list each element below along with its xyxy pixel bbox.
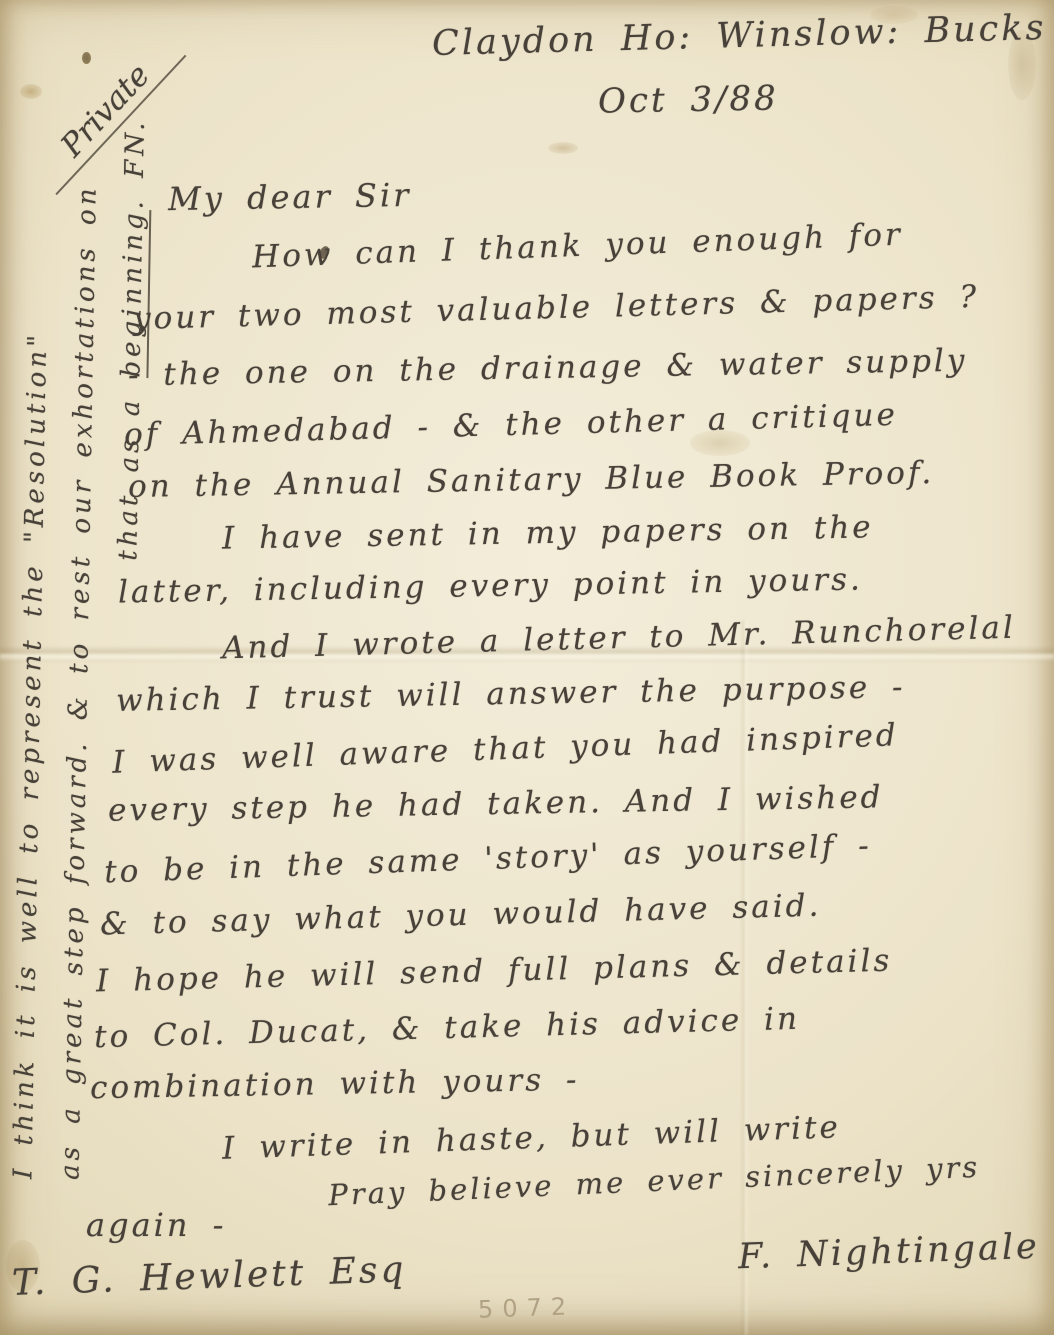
letterhead-date: Oct 3/88 bbox=[598, 78, 779, 121]
letter-line: which I trust will answer the purpose - bbox=[116, 669, 906, 719]
salutation: My dear Sir bbox=[168, 176, 412, 218]
letter-line: How can I thank you enough for bbox=[252, 217, 904, 276]
letter-line: of Ahmedabad - & the other a critique bbox=[124, 397, 899, 453]
stain-spot bbox=[548, 142, 578, 154]
letter-line: I have sent in my papers on the bbox=[222, 509, 874, 556]
margin-note-line: that as a beginning. FN. bbox=[105, 80, 160, 561]
letter-line: on the Annual Sanitary Blue Book Proof. bbox=[128, 455, 935, 505]
letter-line: I was well aware that you had inspired bbox=[112, 717, 900, 780]
letter-line: your two most valuable letters & papers … bbox=[133, 279, 980, 337]
letter-line: to Col. Ducat, & take his advice in bbox=[94, 1001, 801, 1055]
addressee-name: T. G. Hewlett Esq bbox=[11, 1249, 407, 1304]
margin-note-text: that as a bbox=[113, 377, 146, 561]
letterhead-address: Claydon Ho: Winslow: Bucks bbox=[432, 8, 1047, 64]
letter-line: to be in the same 'story' as yourself - bbox=[104, 828, 873, 891]
margin-note: I think it is well to represent the "Res… bbox=[0, 79, 169, 1181]
letter-line: again - bbox=[86, 1206, 226, 1244]
signature: F. Nightingale bbox=[737, 1227, 1040, 1278]
letter-line: & to say what you would have said. bbox=[100, 888, 822, 943]
letter-page: Claydon Ho: Winslow: Bucks Oct 3/88 My d… bbox=[0, 0, 1054, 1335]
letter-line: latter, including every point in yours. bbox=[118, 562, 863, 611]
letter-line: combination with yours - bbox=[90, 1062, 580, 1107]
letter-line: I hope he will send full plans & details bbox=[96, 943, 893, 1000]
archive-number: 5072 bbox=[478, 1292, 576, 1323]
letter-line: every step he had taken. And I wished bbox=[108, 779, 884, 829]
letter-line: - the one on the drainage & water supply bbox=[128, 343, 968, 394]
stain-spot bbox=[82, 52, 91, 64]
margin-note-initials: . FN. bbox=[119, 118, 151, 209]
margin-note-underlined-word: beginning bbox=[116, 209, 151, 378]
